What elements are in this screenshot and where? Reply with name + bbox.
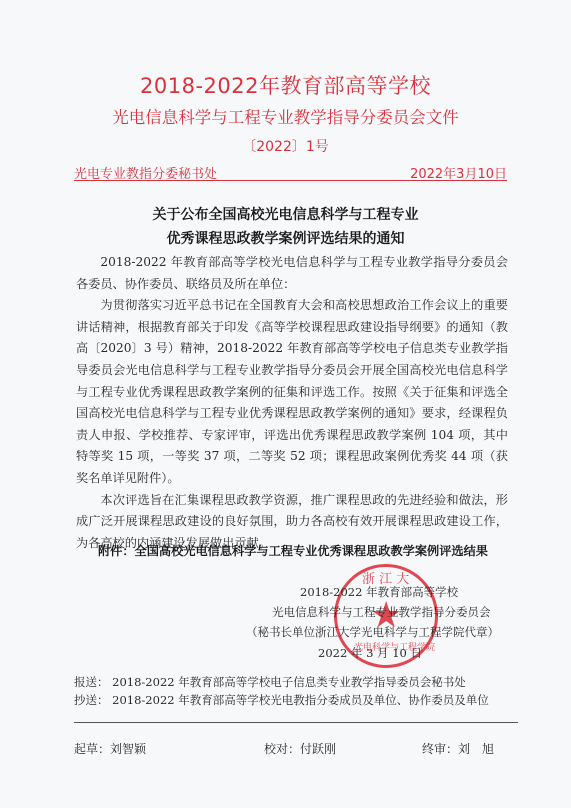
letterhead-line1: 2018-2022年教育部高等学校: [0, 70, 571, 100]
letterhead-divider: [74, 180, 507, 181]
signature-org-line1: 2018-2022 年教育部高等学校: [300, 584, 458, 600]
attachment-line: 附件：全国高校光电信息科学与工程专业优秀课程思政教学案例评选结果: [98, 542, 488, 559]
document-number: 〔2022〕1号: [0, 136, 571, 156]
signature-org-line3: （秘书长单位浙江大学光电科学与工程学院代章）: [246, 624, 499, 640]
drafter: 起草：刘智颖: [74, 740, 146, 757]
notice-title-line2: 优秀课程思政教学案例评选结果的通知: [0, 228, 571, 248]
signature-org-line2: 光电信息科学与工程专业教学指导分委员会: [272, 604, 491, 620]
signature-date: 2022 年 3 月 10 日: [318, 645, 422, 661]
letterhead-line2: 光电信息科学与工程专业教学指导分委员会文件: [0, 104, 571, 128]
proofreader: 校对：付跃刚: [264, 740, 336, 757]
paragraph-1: 为贯彻落实习近平总书记在全国教育大会和高校思想政治工作会议上的重要讲话精神，根据…: [76, 295, 508, 489]
footer-divider: [74, 722, 518, 723]
salutation: 2018-2022 年教育部高等学校光电信息科学与工程专业教学指导分委员会各委员…: [76, 252, 508, 295]
copy-to: 抄送： 2018-2022 年教育部高等学校光电教指分委成员及单位、协作委员及单…: [74, 692, 489, 708]
final-review: 终审：刘 旭: [422, 740, 494, 757]
notice-title-line1: 关于公布全国高校光电信息科学与工程专业: [0, 204, 571, 224]
notice-body: 2018-2022 年教育部高等学校光电信息科学与工程专业教学指导分委员会各委员…: [76, 252, 508, 554]
report-to: 报送： 2018-2022 年教育部高等学校电子信息类专业教学指导委员会秘书处: [74, 674, 466, 690]
